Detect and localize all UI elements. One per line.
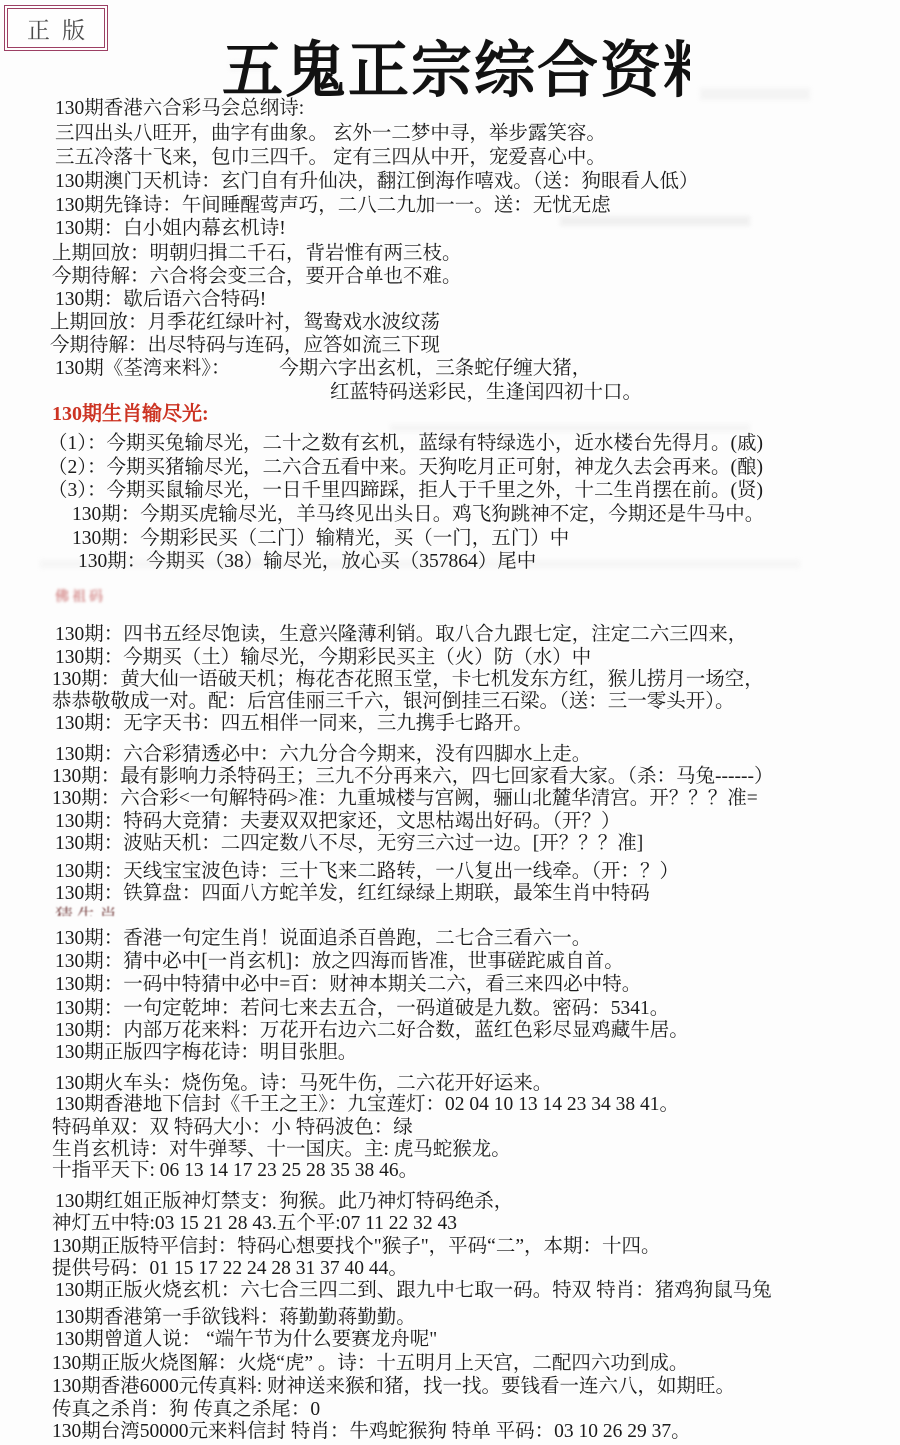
scan-artifact xyxy=(390,424,750,432)
text-line: （2）：今期买猪输尽光，二六合五看中来。天狗吃月正可射，神龙久去会再来。(酿) xyxy=(48,456,763,479)
text-line: 130期生肖输尽光: xyxy=(52,403,209,426)
lottery-tips-sheet: 正版 五鬼正宗综合资料 130期香港六合彩马会总纲诗:三四出头八旺开，曲字有曲象… xyxy=(0,0,900,1445)
text-line: 十指平天下: 06 13 14 17 23 25 28 35 38 46。 xyxy=(52,1159,418,1182)
text-line: 130期：今期买（38）输尽光，放心买（357864）尾中 xyxy=(78,550,536,573)
text-line: 传真之杀肖：狗 传真之杀尾：0 xyxy=(52,1398,320,1421)
genuine-edition-badge: 正版 xyxy=(4,5,108,51)
text-line: 130期台湾50000元来料信封 特肖：牛鸡蛇猴狗 特单 平码：03 10 26… xyxy=(52,1420,691,1443)
text-line: 猜生肖 xyxy=(55,905,121,916)
text-line: 130期：六合彩<一句解特码>准：九重城楼与宫阙，骊山北麓华清宫。开？？？准= xyxy=(52,787,758,810)
text-line: 130期正版火烧图解：火烧“虎” 。诗：十五明月上天宫，二配四六功到成。 xyxy=(52,1352,688,1375)
text-line: 130期：一句定乾坤：若问七来去五合，一码道破是九数。密码：5341。 xyxy=(55,997,669,1020)
text-line: 130期：白小姐内幕玄机诗! xyxy=(55,217,286,240)
text-line: 130期：天线宝宝波色诗：三十飞来二路转，一八复出一线牵。（开：？） xyxy=(55,860,679,883)
text-line: 130期《荃湾来料》： 今期六字出玄机，三条蛇仔缠大猪， xyxy=(55,357,591,380)
text-line: 今期待解：六合将会变三合，要开合单也不难。 xyxy=(52,265,462,288)
text-line: 130期：无字天书：四五相伴一同来，三九携手七路开。 xyxy=(55,712,533,735)
text-line: 130期：猜中必中[一肖玄机]：放之四海而皆准，世事磋跎戚自首。 xyxy=(55,950,624,973)
text-line: 130期：香港一句定生肖！说面追杀百兽跑，二七合三看六一。 xyxy=(55,927,591,950)
text-line: 上期回放：明朝归揖二千石，背岩惟有两三枝。 xyxy=(52,242,462,265)
text-line: 130期红姐正版神灯禁支：狗猴。此乃神灯特码绝杀， xyxy=(55,1190,513,1213)
text-line: 130期香港第一手欲钱料：蒋勤勤蒋勤勤。 xyxy=(55,1306,416,1329)
scan-artifact xyxy=(700,88,810,100)
text-line: 130期：四书五经尽饱读，生意兴隆薄利销。取八合九跟七定，注定二六三四来， xyxy=(55,623,747,646)
text-line: 130期：特码大竞猜：夫妻双双把家还，文思枯竭出好码。（开？） xyxy=(55,810,621,833)
page-title: 五鬼正宗综合资料 xyxy=(222,22,690,104)
text-line: 神灯五中特:03 15 21 28 43.五个平:07 11 22 32 43 xyxy=(52,1212,457,1235)
text-line: （3）：今期买鼠输尽光，一日千里四蹄踩，拒人于千里之外，十二生肖摆在前。(贤) xyxy=(48,479,763,502)
genuine-edition-label: 正版 xyxy=(15,12,97,45)
text-line: 上期回放：月季花红绿叶衬，鸳鸯戏水波纹荡 xyxy=(50,311,440,334)
text-line: 生肖玄机诗：对牛弹琴、十一国庆。主: 虎马蛇猴龙。 xyxy=(52,1138,511,1161)
text-line: 130期：波贴天机：二四定数八不尽，无穷三六过一边。[开？？？准] xyxy=(55,832,643,855)
text-line: 恭恭敬敬成一对。配：后宫佳丽三千六，银河倒挂三石梁。（送：三一零头开）。 xyxy=(52,690,735,713)
text-line: 130期：今期彩民买（二门）输精光，买（一门，五门）中 xyxy=(72,527,569,550)
text-line: 130期正版火烧玄机：六七合三四二到、跟九中七取一码。特双 特肖：猪鸡狗鼠马兔 xyxy=(55,1279,772,1302)
text-line: 130期：歇后语六合特码! xyxy=(55,288,266,311)
text-line: 佛祖码 xyxy=(55,586,106,609)
text-line: 130期：黄大仙一语破天机；梅花杏花照玉堂，卡七机发东方红，猴儿捞月一场空， xyxy=(52,668,764,691)
text-line: 特码单双：双 特码大小：小 特码波色：绿 xyxy=(52,1116,413,1139)
text-line: 130期：内部万花来料：万花开右边六二好合数，蓝红色彩尽显鸡藏牛居。 xyxy=(55,1019,689,1042)
text-line: 130期：铁算盘：四面八方蛇羊发，红红绿绿上期联，最笨生肖中特码 xyxy=(55,882,650,905)
scan-artifact xyxy=(560,216,750,226)
text-line: 130期澳门天机诗：玄门自有升仙决，翻江倒海作嘻戏。（送：狗眼看人低） xyxy=(55,170,699,193)
text-line: 130期：一码中特猜中必中=百：财神本期关二六，看三来四必中特。 xyxy=(55,973,641,996)
text-line: 三四出头八旺开，曲字有曲象。 玄外一二梦中寻，举步露笑容。 xyxy=(55,122,606,145)
text-line: 提供号码：01 15 17 22 24 28 31 37 40 44。 xyxy=(52,1257,408,1280)
text-line: 130期火车头：烧伤兔。诗：马死牛伤，二六花开好运来。 xyxy=(55,1072,552,1095)
text-line: 130期：最有影响力杀特码王；三九不分再来六，四七回家看大家。（杀：马兔----… xyxy=(52,765,773,788)
text-line: 130期正版四字梅花诗：明目张胆。 xyxy=(55,1041,357,1064)
text-line: 130期香港地下信封《千王之王》：九宝莲灯：02 04 10 13 14 23 … xyxy=(55,1093,679,1116)
text-line: 130期香港六合彩马会总纲诗: xyxy=(55,97,304,120)
text-line: 三五冷落十飞来，包巾三四千。 定有三四从中开，宠爱喜心中。 xyxy=(55,146,606,169)
text-line: 130期正版特平信封：特码心想要找个"猴子"，平码“二”，本期：十四。 xyxy=(52,1235,660,1258)
text-line: 130期：六合彩猜透必中：六九分合今期来，没有四脚水上走。 xyxy=(55,743,591,766)
text-line: 130期曾道人说： “端午节为什么要赛龙舟呢" xyxy=(55,1328,437,1351)
text-line: 130期先锋诗：午间睡醒莺声巧，二八二九加一一。送：无忧无虑 xyxy=(55,194,611,217)
text-line: 130期香港6000元传真料: 财神送来猴和猪，找一找。要钱看一连六八，如期旺。 xyxy=(52,1375,735,1398)
text-line: 今期待解：出尽特码与连码，应答如流三下现 xyxy=(50,334,440,357)
text-line: 130期：今期买虎输尽光，羊马终见出头日。鸡飞狗跳神不定，今期还是牛马中。 xyxy=(72,503,764,526)
text-line: 130期：今期买（土）输尽光，今期彩民买主（火）防（水）中 xyxy=(55,646,591,669)
text-line: （1）：今期买兔输尽光，二十之数有玄机，蓝绿有特绿选小，近水楼台先得月。(戚) xyxy=(48,432,763,455)
text-line: 红蓝特码送彩民，生逢闰四初十口。 xyxy=(330,381,642,404)
